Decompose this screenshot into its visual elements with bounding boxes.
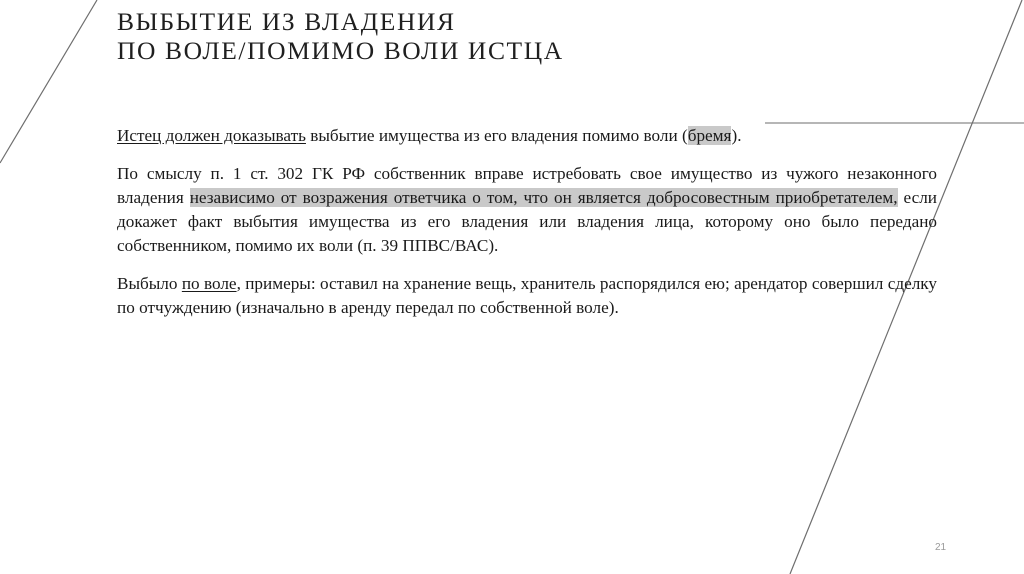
text-span: ). (731, 126, 741, 145)
highlighted-phrase: независимо от возражения ответчика о том… (190, 188, 898, 207)
left-diagonal-line (0, 0, 97, 163)
paragraph-examples: Выбыло по воле, примеры: оставил на хран… (117, 272, 937, 320)
paragraph-burden-of-proof: Истец должен доказывать выбытие имуществ… (117, 124, 937, 148)
slide-body: Истец должен доказывать выбытие имуществ… (117, 124, 937, 334)
underlined-phrase: Истец должен доказывать (117, 126, 306, 145)
text-span: выбытие имущества из его владения помимо… (306, 126, 688, 145)
title-line-1: ВЫБЫТИЕ ИЗ ВЛАДЕНИЯ (117, 7, 564, 36)
title-line-2: ПО ВОЛЕ/ПОМИМО ВОЛИ ИСТЦА (117, 36, 564, 65)
page-number: 21 (935, 542, 946, 553)
highlighted-phrase: бремя (688, 126, 732, 145)
slide-title: ВЫБЫТИЕ ИЗ ВЛАДЕНИЯ ПО ВОЛЕ/ПОМИМО ВОЛИ … (117, 7, 564, 65)
underlined-phrase: по воле (182, 274, 237, 293)
paragraph-article-302: По смыслу п. 1 ст. 302 ГК РФ собственник… (117, 162, 937, 258)
text-span: Выбыло (117, 274, 182, 293)
text-span: , примеры: оставил на хранение вещь, хра… (117, 274, 937, 317)
